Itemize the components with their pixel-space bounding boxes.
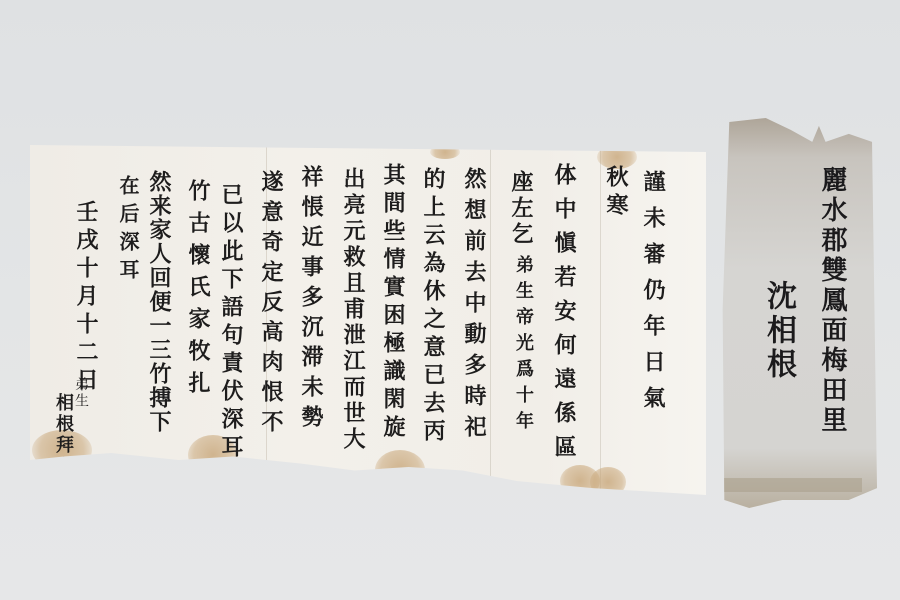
letter-column-5: 弟生帝光爲十年 xyxy=(514,255,532,437)
letter-column-9: 出亮元救且甫泄江而世大 xyxy=(342,167,364,453)
water-stain xyxy=(590,467,626,497)
letter-column-13: 竹古懷氏家牧扎 xyxy=(187,179,209,403)
handwritten-letter: 謹未審仍年日氣 秋寒 体中愼若安何遠係區 座左乞 弟生帝光爲十年 然想前去中動多… xyxy=(30,145,706,495)
fold-line xyxy=(490,145,491,495)
letter-signature: 相根拜上 xyxy=(54,393,72,477)
letter-column-11: 遂意奇定反高肉恨不 xyxy=(260,170,282,440)
letter-column-1: 謹未審仍年日氣 xyxy=(642,170,664,422)
water-stain xyxy=(430,145,460,159)
envelope-address: 麗水郡雙鳳面梅田里 xyxy=(814,166,851,436)
fold-line xyxy=(600,145,601,495)
letter-column-14: 然来家人回便一三竹搏下 xyxy=(148,170,170,434)
letter-column-8: 其間些情實困極識閑旋 xyxy=(382,163,404,443)
letter-column-2: 秋寒 xyxy=(605,165,627,221)
envelope-tape xyxy=(724,478,862,492)
envelope: 麗水郡雙鳳面梅田里 沈相根 xyxy=(716,110,882,508)
envelope-recipient-name: 沈相根 xyxy=(756,280,800,382)
water-stain xyxy=(375,450,425,490)
letter-column-7: 的上云為休之意已去丙 xyxy=(422,167,444,447)
letter-column-3: 体中愼若安何遠係區 xyxy=(553,163,575,469)
letter-column-15: 在后深耳 xyxy=(118,175,138,287)
letter-column-10: 祥悵近事多沉滞未勢 xyxy=(300,165,322,435)
letter-column-4: 座左乞 xyxy=(510,170,532,248)
letter-column-12: 已以此下語句責伏深耳 xyxy=(220,183,242,463)
letter-column-6: 然想前去中動多時祀 xyxy=(463,167,485,446)
letter-sender-title: 弟生 xyxy=(74,377,88,409)
letter-date: 壬戌十月十二日 xyxy=(75,200,97,396)
